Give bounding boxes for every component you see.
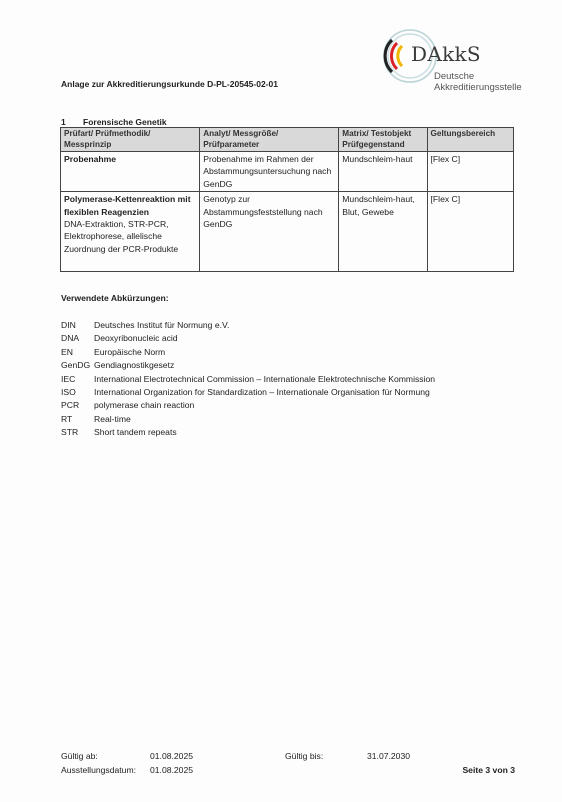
footer: Gültig ab: 01.08.2025 Gültig bis: 31.07.… [61,749,515,777]
dakks-logo: DAkkS Deutsche Akkreditierungsstelle [378,26,558,96]
abbreviation-item: STRShort tandem repeats [61,426,435,439]
valid-from: 01.08.2025 [150,749,193,763]
cell-scope: [Flex C] [427,152,513,192]
abbreviation-key: DIN [61,319,94,332]
document-title: Anlage zur Akkreditierungsurkunde D-PL-2… [61,79,278,89]
abbreviation-key: STR [61,426,94,439]
table-row: Polymerase-Kettenreaktion mit flexiblen … [61,192,514,272]
abbreviation-meaning: polymerase chain reaction [94,399,194,412]
abbreviation-item: GenDGGendiagnostikgesetz [61,359,435,372]
abbreviation-meaning: International Organization for Standardi… [94,386,430,399]
cell-matrix: Mundschleim-haut, Blut, Gewebe [339,192,427,272]
header-matrix: Matrix/ TestobjektPrüfgegenstand [339,128,427,152]
abbreviation-key: GenDG [61,359,94,372]
abbreviation-meaning: Gendiagnostikgesetz [94,359,174,372]
abbreviation-meaning: Deutsches Institut für Normung e.V. [94,319,229,332]
section-title: Forensische Genetik [83,117,167,127]
abbreviation-key: PCR [61,399,94,412]
cell-scope: [Flex C] [427,192,513,272]
valid-from-label: Gültig ab: [61,749,98,763]
abbreviation-item: DNADeoxyribonucleic acid [61,332,435,345]
logo-brand: DAkkS [411,42,481,66]
section-number: 1 [61,117,83,127]
abbreviation-meaning: Short tandem repeats [94,426,177,439]
abbreviation-meaning: Europäische Norm [94,346,165,359]
abbreviation-key: EN [61,346,94,359]
abbreviation-meaning: International Electrotechnical Commissio… [94,373,435,386]
valid-to-label: Gültig bis: [285,749,323,763]
logo-subtitle-line1: Deutsche [434,71,522,82]
abbreviation-item: PCRpolymerase chain reaction [61,399,435,412]
cell-analyt: Genotyp zur Abstammungsfeststellung nach… [200,192,339,272]
abbreviation-item: ENEuropäische Norm [61,346,435,359]
logo-subtitle-line2: Akkreditierungsstelle [434,82,522,93]
cell-analyt: Probenahme im Rahmen der Abstammungsunte… [200,152,339,192]
abbreviation-meaning: Deoxyribonucleic acid [94,332,178,345]
abbreviation-item: DINDeutsches Institut für Normung e.V. [61,319,435,332]
abbreviation-meaning: Real-time [94,413,131,426]
abbreviation-key: IEC [61,373,94,386]
header-scope: Geltungsbereich [427,128,513,152]
cell-matrix: Mundschleim-haut [339,152,427,192]
logo-subtitle: Deutsche Akkreditierungsstelle [434,71,522,93]
cell-method: Polymerase-Kettenreaktion mit flexiblen … [61,192,200,272]
page-number: Seite 3 von 3 [462,763,515,777]
abbreviation-key: DNA [61,332,94,345]
abbreviations-list: DINDeutsches Institut für Normung e.V.DN… [61,319,435,440]
abbreviation-item: ISOInternational Organization for Standa… [61,386,435,399]
scope-table: Prüfart/ Prüfmethodik/Messprinzip Analyt… [60,127,514,272]
header-method: Prüfart/ Prüfmethodik/Messprinzip [61,128,200,152]
issue-date: 01.08.2025 [150,763,193,777]
issue-date-label: Ausstellungsdatum: [61,763,136,777]
abbreviation-key: ISO [61,386,94,399]
cell-method: Probenahme [61,152,200,192]
section-heading: 1Forensische Genetik [61,117,167,127]
table-row: Probenahme Probenahme im Rahmen der Abst… [61,152,514,192]
valid-to: 31.07.2030 [367,749,410,763]
abbreviation-item: IECInternational Electrotechnical Commis… [61,373,435,386]
table-header-row: Prüfart/ Prüfmethodik/Messprinzip Analyt… [61,128,514,152]
abbreviation-item: RTReal-time [61,413,435,426]
abbreviation-key: RT [61,413,94,426]
header-analyt: Analyt/ Messgröße/Prüfparameter [200,128,339,152]
abbreviations-title: Verwendete Abkürzungen: [61,293,169,303]
